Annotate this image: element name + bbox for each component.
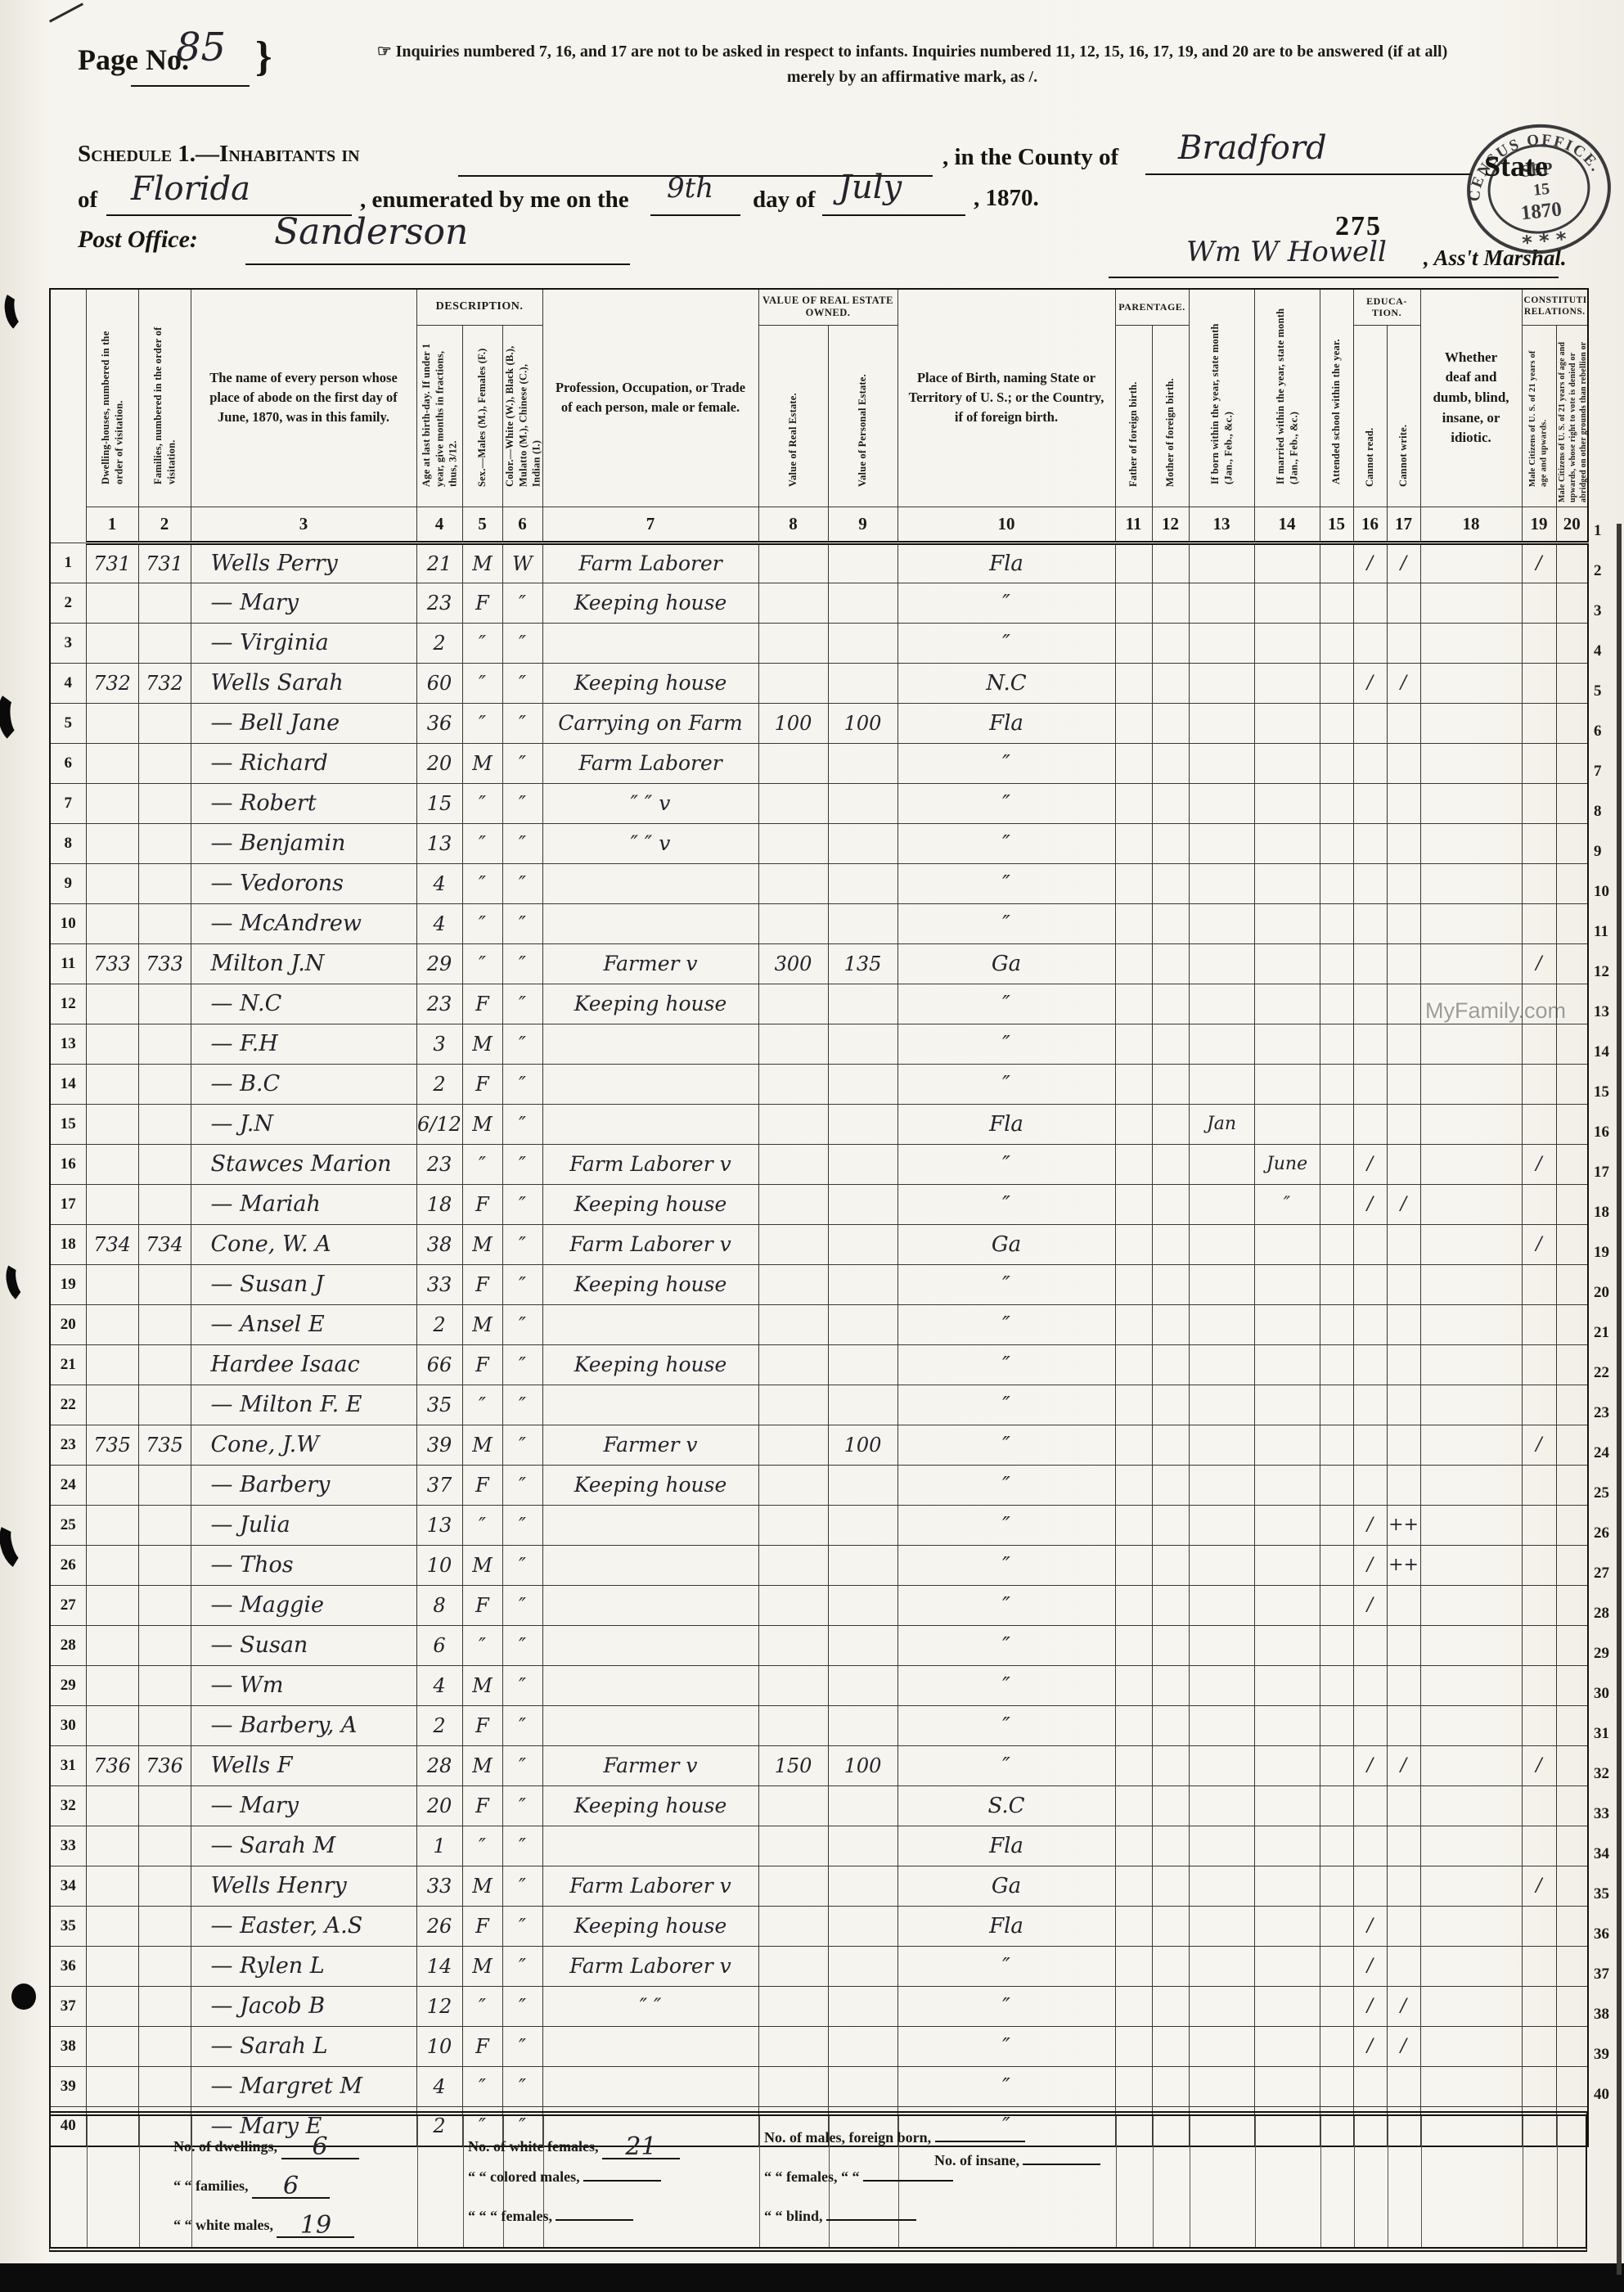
cell-c17 [1387,1465,1420,1505]
cell-color: ″ [502,1184,542,1224]
cell-name: — J.N [191,1104,416,1144]
cell-birth: Fla [897,1104,1115,1144]
cell-re [758,823,828,863]
cell-dw [86,1625,138,1665]
cell-c11 [1115,984,1152,1024]
cell-c14 [1254,703,1320,743]
cell-sex: M [462,1946,502,1986]
cell-c14 [1254,623,1320,663]
cell-dw [86,1986,138,2026]
cell-fam [138,1545,191,1585]
cell-c12 [1152,1184,1189,1224]
table-row: 15— J.N6/12M″FlaJan [50,1104,1588,1144]
cell-re: 100 [758,703,828,743]
footer-column-rule [1354,2116,1355,2247]
cell-c11 [1115,1385,1152,1425]
month-value: July [839,169,902,206]
cell-c17 [1387,823,1420,863]
table-row: 18734734Cone, W. A38M″Farm Laborer vGa/ [50,1224,1588,1264]
cell-c18 [1420,1184,1522,1224]
cell-c12 [1152,823,1189,863]
cell-birth: ″ [897,1264,1115,1304]
cell-c11 [1115,663,1152,703]
col-header-cannot-read: Cannot read. [1353,325,1387,507]
cell-color: ″ [502,583,542,623]
col-header-personal-estate: Value of Personal Estate. [828,325,897,507]
cell-occ [542,2066,758,2106]
insane-tally-blank [1023,2164,1100,2165]
col-header-families-label: Families, numbered in the order of visit… [151,308,178,484]
cell-occ [542,1585,758,1625]
cell-c18 [1420,1585,1522,1625]
cell-c20 [1556,1304,1588,1344]
cell-c16 [1353,783,1387,823]
cell-pe [828,543,897,583]
cell-re [758,903,828,943]
cell-c12 [1152,1144,1189,1184]
col-header-dwellings: Dwelling-houses, numbered in the order o… [86,289,138,507]
cell-n: 14 [50,1064,86,1104]
day-value: 9th [667,172,713,205]
cell-c13 [1189,703,1254,743]
cell-sex: F [462,1906,502,1946]
cell-dw [86,703,138,743]
cell-age: 20 [416,1785,462,1826]
cell-c19: / [1522,1425,1556,1465]
cell-c20 [1556,1465,1588,1505]
cell-c19: / [1522,1224,1556,1264]
cell-c19 [1522,1505,1556,1545]
cell-color: ″ [502,984,542,1024]
cell-c12 [1152,1505,1189,1545]
cell-dw [86,623,138,663]
cell-c19 [1522,1705,1556,1745]
cell-c14: ″ [1254,1184,1320,1224]
cell-dw [86,1585,138,1625]
footer-tally-label: “ “ colored males, [468,2168,583,2185]
cell-pe [828,1946,897,1986]
cell-c14 [1254,1625,1320,1665]
cell-c11 [1115,1585,1152,1625]
col-header-occupation: Profession, Occupation, or Trade of each… [542,289,758,507]
cell-re [758,623,828,663]
cell-age: 12 [416,1986,462,2026]
cell-occ [542,1505,758,1545]
table-row: 5— Bell Jane36″″Carrying on Farm100100Fl… [50,703,1588,743]
cell-c15 [1320,1064,1353,1104]
cell-c19: / [1522,1745,1556,1785]
line-number-right: 35 [1594,1885,1622,1903]
cell-dw [86,1906,138,1946]
col-num-3: 3 [191,507,416,543]
cell-pe [828,1224,897,1264]
footer-column-rule [87,2116,88,2247]
cell-n: 1 [50,543,86,583]
cell-age: 18 [416,1184,462,1224]
cell-sex: M [462,543,502,583]
cell-c17 [1387,1425,1420,1465]
cell-fam [138,1986,191,2026]
cell-c17 [1387,1304,1420,1344]
cell-c13 [1189,943,1254,984]
cell-c16: / [1353,2026,1387,2066]
table-row: 36— Rylen L14M″Farm Laborer v″/ [50,1946,1588,1986]
cell-c19 [1522,623,1556,663]
cell-c13 [1189,1505,1254,1545]
cell-fam [138,1465,191,1505]
cell-sex: ″ [462,2066,502,2106]
cell-c19 [1522,1184,1556,1224]
cell-c16 [1353,743,1387,783]
cell-c16 [1353,1304,1387,1344]
table-row: 3— Virginia2″″″ [50,623,1588,663]
cell-fam [138,1866,191,1906]
cell-color: ″ [502,1104,542,1144]
cell-dw: 735 [86,1425,138,1465]
cell-sex: M [462,1024,502,1064]
cell-c16 [1353,623,1387,663]
cell-c19 [1522,783,1556,823]
cell-c12 [1152,1946,1189,1986]
footer-tally-item: No. of white females, 21 [468,2129,680,2159]
table-row: 17— Mariah18F″Keeping house″″// [50,1184,1588,1224]
line-number-right: 16 [1594,1123,1622,1141]
cell-c15 [1320,1585,1353,1625]
cell-c14 [1254,1264,1320,1304]
footer-tally-label: “ “ females, “ “ [764,2168,863,2185]
page-number-underline [131,85,250,87]
cell-birth: Fla [897,1826,1115,1866]
cell-c13 [1189,663,1254,703]
cell-color: ″ [502,1906,542,1946]
line-number-right: 38 [1594,2006,1622,2024]
cell-c20 [1556,623,1588,663]
cell-c20 [1556,1745,1588,1785]
cell-c19 [1522,1545,1556,1585]
cell-occ [542,623,758,663]
infants-note: ☞ Inquiries numbered 7, 16, and 17 are n… [270,39,1554,90]
col-header-name: The name of every person whose place of … [191,289,416,507]
footer-column-rule [139,2116,140,2247]
footer-tally-label: “ “ families, [173,2177,252,2194]
cell-c19 [1522,1465,1556,1505]
cell-occ [542,1625,758,1665]
col-num-11: 11 [1115,507,1152,543]
col-num-17: 17 [1387,507,1420,543]
cell-occ: Farm Laborer v [542,1866,758,1906]
cell-c18 [1420,1705,1522,1745]
col-header-male-citizens-denied-label: Male Citizens of U. S. of 21 years of ag… [1557,326,1589,502]
cell-color: ″ [502,783,542,823]
cell-sex: M [462,1866,502,1906]
cell-c17 [1387,783,1420,823]
cell-c16 [1353,1785,1387,1826]
cell-re [758,1264,828,1304]
cell-name: — Robert [191,783,416,823]
cell-name: — Julia [191,1505,416,1545]
cell-c15 [1320,1184,1353,1224]
col-header-dwellings-label: Dwelling-houses, numbered in the order o… [99,308,126,484]
cell-c13 [1189,1665,1254,1705]
cell-pe [828,823,897,863]
cell-c17 [1387,1705,1420,1745]
cell-c20 [1556,2026,1588,2066]
cell-c15 [1320,1785,1353,1826]
census-rows: 1731731Wells Perry21MWFarm LaborerFla///… [50,543,1588,2146]
cell-n: 38 [50,2026,86,2066]
cell-fam [138,1024,191,1064]
table-row: 28— Susan6″″″ [50,1625,1588,1665]
cell-n: 13 [50,1024,86,1064]
line-number-right: 10 [1594,883,1622,901]
cell-c15 [1320,623,1353,663]
cell-c16: / [1353,1745,1387,1785]
table-row: 34Wells Henry33M″Farm Laborer vGa/ [50,1866,1588,1906]
cell-age: 66 [416,1344,462,1385]
footer-tally-item: No. of males, foreign born, [764,2129,1025,2146]
cell-c13 [1189,1465,1254,1505]
cell-re [758,1625,828,1665]
cell-dw [86,1344,138,1385]
cell-c17 [1387,2066,1420,2106]
cell-c20 [1556,1224,1588,1264]
cell-color: W [502,543,542,583]
col-header-sex: Sex.—Males (M.), Females (F.) [462,325,502,507]
cell-age: 4 [416,1665,462,1705]
cell-c16 [1353,583,1387,623]
cell-c16 [1353,1385,1387,1425]
col-header-color-label: Color.—White (W.), Black (B.), Mulatto (… [503,341,543,487]
cell-fam: 734 [138,1224,191,1264]
cell-c13 [1189,583,1254,623]
cell-c14 [1254,1505,1320,1545]
cell-occ [542,1705,758,1745]
cell-c11 [1115,1986,1152,2026]
cell-age: 4 [416,903,462,943]
cell-color: ″ [502,903,542,943]
cell-c12 [1152,1344,1189,1385]
footer-tally-blank: 19 [277,2208,354,2238]
cell-c18 [1420,783,1522,823]
table-row: 32— Mary20F″Keeping houseS.C [50,1785,1588,1826]
cell-birth: ″ [897,783,1115,823]
cell-c13: Jan [1189,1104,1254,1144]
cell-dw [86,1665,138,1705]
line-number-right: 9 [1594,843,1622,861]
col-header-cannot-read-label: Cannot read. [1363,341,1376,487]
cell-c12 [1152,1906,1189,1946]
cell-c16 [1353,823,1387,863]
punch-hole [11,1984,36,2010]
cell-c17 [1387,1785,1420,1826]
line-number-right: 4 [1594,642,1622,660]
cell-dw [86,823,138,863]
footer-column-rule [1116,2116,1117,2247]
cell-c14 [1254,1986,1320,2026]
cell-c20 [1556,1024,1588,1064]
cell-c13 [1189,1986,1254,2026]
cell-fam [138,1104,191,1144]
cell-sex: ″ [462,663,502,703]
cell-pe [828,1866,897,1906]
cell-dw [86,903,138,943]
cell-c17 [1387,1625,1420,1665]
cell-dw [86,783,138,823]
cell-re [758,1545,828,1585]
cell-c12 [1152,1104,1189,1144]
cell-c15 [1320,743,1353,783]
cell-occ: Farm Laborer v [542,1224,758,1264]
cell-age: 4 [416,2066,462,2106]
cell-c18 [1420,1826,1522,1866]
cell-birth: ″ [897,743,1115,783]
cell-c16 [1353,703,1387,743]
cell-age: 39 [416,1425,462,1465]
table-row: 38— Sarah L10F″″// [50,2026,1588,2066]
cell-c13 [1189,863,1254,903]
cell-c12 [1152,1625,1189,1665]
cell-c17 [1387,943,1420,984]
cell-c13 [1189,1264,1254,1304]
footer-tally-label: No. of white females, [468,2138,602,2155]
footer-column-rule [1190,2116,1190,2247]
cell-c11 [1115,783,1152,823]
page-number-label: Page No. [78,43,189,77]
cell-dw [86,1785,138,1826]
cell-age: 29 [416,943,462,984]
cell-n: 11 [50,943,86,984]
cell-sex: ″ [462,1826,502,1866]
col-header-father-foreign: Father of foreign birth. [1115,325,1152,507]
cell-c18 [1420,1665,1522,1705]
cell-fam [138,1665,191,1705]
cell-pe [828,2066,897,2106]
cell-fam [138,1264,191,1304]
cell-c15 [1320,1024,1353,1064]
cell-pe: 100 [828,703,897,743]
cell-c12 [1152,1385,1189,1425]
cell-dw: 734 [86,1224,138,1264]
cell-c12 [1152,1064,1189,1104]
cell-re [758,1665,828,1705]
cell-fam: 735 [138,1425,191,1465]
cell-c11 [1115,2066,1152,2106]
cell-pe [828,1304,897,1344]
cell-c15 [1320,1505,1353,1545]
cell-fam: 736 [138,1745,191,1785]
cell-c20 [1556,1785,1588,1826]
cell-c18 [1420,1344,1522,1385]
cell-c13 [1189,623,1254,663]
cell-n: 29 [50,1665,86,1705]
of-label: of [78,187,97,214]
cell-color: ″ [502,1705,542,1745]
cell-birth: N.C [897,663,1115,703]
cell-fam [138,863,191,903]
cell-age: 23 [416,1144,462,1184]
cell-c14 [1254,1545,1320,1585]
cell-c15 [1320,1625,1353,1665]
footer-tally-item: “ “ females, “ “ [764,2168,953,2186]
cell-c15 [1320,1986,1353,2026]
cell-c17 [1387,1224,1420,1264]
footer-column-rule [463,2116,464,2247]
cell-color: ″ [502,1465,542,1505]
cell-c17: / [1387,2026,1420,2066]
cell-c18 [1420,1785,1522,1826]
cell-c11 [1115,2026,1152,2066]
cell-c18 [1420,1425,1522,1465]
col-header-birthplace: Place of Birth, naming State or Territor… [897,289,1115,507]
cell-color: ″ [502,2026,542,2066]
cell-re: 300 [758,943,828,984]
table-row: 29— Wm4M″″ [50,1665,1588,1705]
cell-name: — F.H [191,1024,416,1064]
cell-pe [828,623,897,663]
cell-sex: M [462,1545,502,1585]
cell-birth: ″ [897,1625,1115,1665]
month-underline [822,214,965,216]
cell-birth: ″ [897,1986,1115,2026]
cell-n: 22 [50,1385,86,1425]
cell-c19 [1522,1264,1556,1304]
cell-occ: Farmer v [542,1425,758,1465]
cell-c16 [1353,1665,1387,1705]
cell-age: 33 [416,1866,462,1906]
cell-c11 [1115,1785,1152,1826]
cell-c14 [1254,1465,1320,1505]
cell-n: 15 [50,1104,86,1144]
cell-c12 [1152,783,1189,823]
cell-pe [828,1585,897,1625]
cell-birth: ″ [897,984,1115,1024]
cell-c16 [1353,984,1387,1024]
cell-c18 [1420,1986,1522,2026]
cell-c12 [1152,1986,1189,2026]
table-row: 13— F.H3M″″ [50,1024,1588,1064]
cell-c20 [1556,583,1588,623]
cell-fam [138,743,191,783]
cell-occ: Farm Laborer [542,743,758,783]
cell-birth: Ga [897,943,1115,984]
col-header-mother-foreign: Mother of foreign birth. [1152,325,1189,507]
cell-pe [828,1826,897,1866]
line-number-right: 40 [1594,2086,1622,2104]
cell-pe [828,984,897,1024]
cell-c15 [1320,2066,1353,2106]
cell-c15 [1320,703,1353,743]
cell-n: 27 [50,1585,86,1625]
cell-c19 [1522,1104,1556,1144]
cell-c18 [1420,623,1522,663]
footer-tally-label: “ “ white males, [173,2217,277,2233]
cell-color: ″ [502,823,542,863]
cell-c14 [1254,1064,1320,1104]
cell-c17 [1387,1906,1420,1946]
cell-n: 4 [50,663,86,703]
cell-fam [138,1304,191,1344]
cell-c13 [1189,1184,1254,1224]
cell-c12 [1152,743,1189,783]
footer-column-rule [1557,2116,1558,2247]
cell-dw [86,1465,138,1505]
cell-c13 [1189,1625,1254,1665]
cell-sex: F [462,1465,502,1505]
cell-name: — Maggie [191,1585,416,1625]
cell-c14: June [1254,1144,1320,1184]
cell-c14 [1254,1826,1320,1866]
col-num-8: 8 [758,507,828,543]
